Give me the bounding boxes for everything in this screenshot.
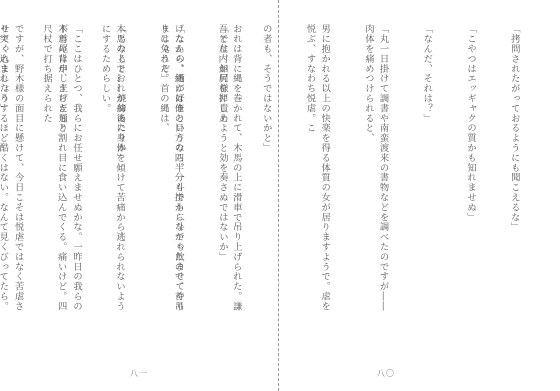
right-page-body-text: 「拷問されたがっておるようにも聞こえるな」 「こやつはエッギャクの質かも知れませ… [282,24,550,314]
text-line: 「丸一日掛けて調書や南蛮渡来の書物などを調べたのですが――肉体を痛めつけられると… [360,24,389,314]
text-line: ですが、野木様の面目に懸けて、今日こそは悦虐ではなく苦虐させてくれましょう」 [0,24,25,314]
text-line: 「では、如何様に責めようと効を奏さぬではないか」 [214,24,229,314]
text-line: 「なんの。酒が好きというなら、一斗でも二斗でも飲ませてやりましょうぞ」 [156,24,185,314]
text-line: 「ここはひとつ、我らにお任せ願えませぬかな。一昨日の我らの不首尾は申し上げた通り [54,24,83,314]
text-line: 「拷問されたがっておるようにも聞こえるな」 [506,24,521,314]
text-line: 男に抱かれる以上の快楽を得る体質の女が居りますようで。虐を悦ぶ、すなわち悦虐。こ [302,24,331,314]
right-page: 「拷問されたがっておるようにも聞こえるな」 「こやつはエッギャクの質かも知れませ… [282,0,560,391]
page-number: 八〇 [377,368,395,379]
text-line: の者も、そうではないかと」 [258,24,273,314]
page-number: 八一 [130,368,148,379]
text-line: 「なんだ、それは？」 [419,24,434,314]
text-line: 「となると……焼締あたりか」 [112,24,127,314]
text-line: 「こやつはエッギャクの質かも知れませぬ」 [462,24,477,314]
